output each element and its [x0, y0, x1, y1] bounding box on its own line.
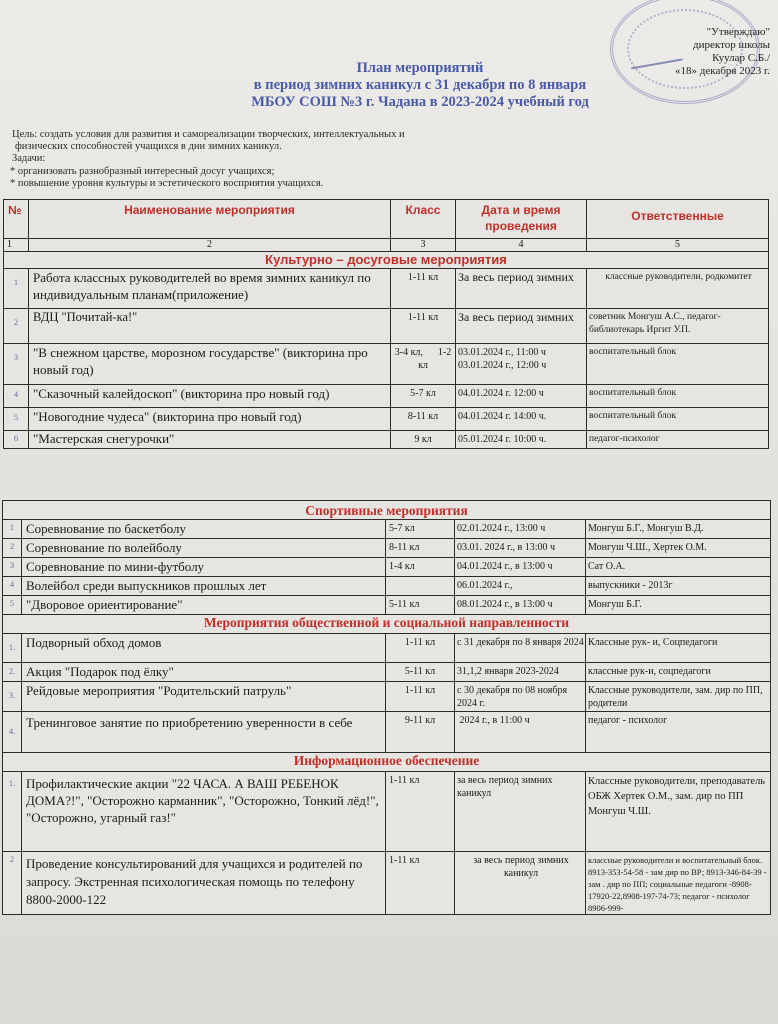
header-class: Класс	[391, 200, 456, 239]
event-name: Соревнование по баскетболу	[22, 520, 386, 539]
row-number: 3	[4, 344, 29, 385]
column-number: 5	[587, 239, 769, 252]
document-title: План мероприятий в период зимних каникул…	[200, 60, 640, 111]
event-responsible: классные рук-и, соцпедагоги	[586, 663, 771, 682]
event-name: "Дворовое ориентирование"	[22, 596, 386, 615]
events-table-part2: Спортивные мероприятия 1 Соревнование по…	[2, 500, 771, 915]
column-number-row: 1 2 3 4 5	[4, 239, 769, 252]
event-responsible: Монгуш Б.Г., Монгуш В.Д.	[586, 520, 771, 539]
event-date: за весь период зимних каникул	[455, 772, 586, 852]
event-class: 8-11 кл	[391, 408, 456, 431]
event-date: 03.01. 2024 г., в 13:00 ч	[455, 539, 586, 558]
tasks-label: Задачи:	[12, 153, 452, 165]
section-header-information: Информационное обеспечение	[3, 753, 771, 772]
event-responsible: воспитательный блок	[587, 344, 769, 385]
event-date: За весь период зимних	[456, 309, 587, 344]
event-class: 1-11 кл	[386, 634, 455, 663]
row-number: 4	[4, 385, 29, 408]
header-name: Наименование мероприятия	[29, 200, 391, 239]
table-row: 1. Подворный обход домов 1-11 кл с 31 де…	[3, 634, 771, 663]
section-title: Мероприятия общественной и социальной на…	[3, 615, 771, 634]
row-number: 1	[4, 269, 29, 309]
section-title: Культурно – досуговые мероприятия	[4, 252, 769, 269]
row-number: 3	[3, 558, 22, 577]
column-number: 2	[29, 239, 391, 252]
event-responsible: педагог-психолог	[587, 431, 769, 449]
table-row: 3 "В снежном царстве, морозном государст…	[4, 344, 769, 385]
event-name: "В снежном царстве, морозном государстве…	[29, 344, 391, 385]
table-row: 6 "Мастерская снегурочки" 9 кл 05.01.202…	[4, 431, 769, 449]
row-number: 1.	[3, 772, 22, 852]
event-class: 5-11 кл	[386, 596, 455, 615]
event-date: с 31 декабря по 8 января 2024	[455, 634, 586, 663]
section-header-social: Мероприятия общественной и социальной на…	[3, 615, 771, 634]
event-name: Тренинговое занятие по приобретению увер…	[22, 712, 386, 753]
row-number: 2	[3, 539, 22, 558]
row-number: 4.	[3, 712, 22, 753]
table-header-row: № Наименование мероприятия Класс Дата и …	[4, 200, 769, 239]
event-responsible: педагог - психолог	[586, 712, 771, 753]
table-row: 1 Работа классных руководителей во время…	[4, 269, 769, 309]
column-number: 4	[456, 239, 587, 252]
row-number: 1	[3, 520, 22, 539]
event-class: 1-4 кл	[386, 558, 455, 577]
row-number: 2	[4, 309, 29, 344]
section-title: Спортивные мероприятия	[3, 501, 771, 520]
approval-line: "Утверждаю"	[675, 26, 770, 39]
section-header-sports: Спортивные мероприятия	[3, 501, 771, 520]
event-responsible: советник Монгуш А.С., педагог-библиотека…	[587, 309, 769, 344]
event-name: Волейбол среди выпускников прошлых лет	[22, 577, 386, 596]
event-class: 1-11 кл	[391, 309, 456, 344]
approval-line: Куулар С.Б./	[675, 52, 770, 65]
event-class: 3-4 кл, 1-2 кл	[391, 344, 456, 385]
table-row: 2 ВДЦ "Почитай-ка!" 1-11 кл За весь пери…	[4, 309, 769, 344]
row-number: 2	[3, 852, 22, 915]
event-responsible: Классные руководители, преподаватель ОБЖ…	[586, 772, 771, 852]
table-row: 2. Акция "Подарок под ёлку" 5-11 кл 31,1…	[3, 663, 771, 682]
table-row: 2 Соревнование по волейболу 8-11 кл 03.0…	[3, 539, 771, 558]
goal-text: физических способностей учащихся в дни з…	[12, 141, 452, 153]
event-class: 1-11 кл	[386, 682, 455, 712]
event-name: Рейдовые мероприятия "Родительский патру…	[22, 682, 386, 712]
row-number: 2.	[3, 663, 22, 682]
event-name: Проведение консультирований для учащихся…	[22, 852, 386, 915]
event-date: с 30 декабря по 08 ноября 2024 г.	[455, 682, 586, 712]
row-number: 4	[3, 577, 22, 596]
row-number: 6	[4, 431, 29, 449]
event-responsible: воспитательный блок	[587, 385, 769, 408]
row-number: 1.	[3, 634, 22, 663]
section-title: Информационное обеспечение	[3, 753, 771, 772]
event-name: Работа классных руководителей во время з…	[29, 269, 391, 309]
event-name: "Мастерская снегурочки"	[29, 431, 391, 449]
table-row: 4. Тренинговое занятие по приобретению у…	[3, 712, 771, 753]
event-name: Соревнование по волейболу	[22, 539, 386, 558]
table-row: 5 "Дворовое ориентирование" 5-11 кл 08.0…	[3, 596, 771, 615]
column-number: 3	[391, 239, 456, 252]
section-header-cultural: Культурно – досуговые мероприятия	[4, 252, 769, 269]
row-number: 5	[4, 408, 29, 431]
event-date: 2024 г., в 11:00 ч	[455, 712, 586, 753]
header-number: №	[4, 200, 29, 239]
table-row: 5 "Новогодние чудеса" (викторина про нов…	[4, 408, 769, 431]
table-row: 1. Профилактические акции "22 ЧАСА. А ВА…	[3, 772, 771, 852]
event-class	[386, 577, 455, 596]
event-class: 9 кл	[391, 431, 456, 449]
event-responsible: воспитательный блок	[587, 408, 769, 431]
table-row: 3 Соревнование по мини-футболу 1-4 кл 04…	[3, 558, 771, 577]
event-class: 1-11 кл	[386, 852, 455, 915]
table-row: 3. Рейдовые мероприятия "Родительский па…	[3, 682, 771, 712]
table-row: 1 Соревнование по баскетболу 5-7 кл 02.0…	[3, 520, 771, 539]
event-class: 5-7 кл	[386, 520, 455, 539]
event-date: 04.01.2024 г. 12:00 ч	[456, 385, 587, 408]
event-class: 9-11 кл	[386, 712, 455, 753]
event-date: за весь период зимних каникул	[455, 852, 586, 915]
event-date: 31,1,2 января 2023-2024	[455, 663, 586, 682]
event-responsible: Сат О.А.	[586, 558, 771, 577]
task-item: * повышение уровня культуры и эстетическ…	[10, 178, 452, 190]
approval-block: "Утверждаю" директор школы Куулар С.Б./ …	[675, 26, 770, 78]
event-class: 1-11 кл	[391, 269, 456, 309]
event-date: 06.01.2024 г.,	[455, 577, 586, 596]
event-date: 03.01.2024 г., 11:00 ч 03.01.2024 г., 12…	[456, 344, 587, 385]
event-responsible: Классные руководители, зам. дир по ПП, р…	[586, 682, 771, 712]
event-responsible: Классные рук- и, Соцпедагоги	[586, 634, 771, 663]
row-number: 5	[3, 596, 22, 615]
title-line: МБОУ СОШ №3 г. Чадана в 2023-2024 учебны…	[200, 94, 640, 111]
event-responsible: Монгуш Ч.Ш., Хертек О.М.	[586, 539, 771, 558]
event-name: Акция "Подарок под ёлку"	[22, 663, 386, 682]
event-date: 04.01.2024 г., в 13:00 ч	[455, 558, 586, 577]
event-date: 05.01.2024 г. 10:00 ч.	[456, 431, 587, 449]
row-number: 3.	[3, 682, 22, 712]
event-class: 5-11 кл	[386, 663, 455, 682]
event-name: Профилактические акции "22 ЧАСА. А ВАШ Р…	[22, 772, 386, 852]
document-page: "Утверждаю" директор школы Куулар С.Б./ …	[0, 0, 778, 1024]
column-number: 1	[4, 239, 29, 252]
table-row: 2 Проведение консультирований для учащих…	[3, 852, 771, 915]
event-name: ВДЦ "Почитай-ка!"	[29, 309, 391, 344]
title-line: в период зимних каникул с 31 декабря по …	[200, 77, 640, 94]
event-class: 5-7 кл	[391, 385, 456, 408]
goal-text: Цель: создать условия для развития и сам…	[12, 129, 452, 141]
task-item: * организовать разнобразный интересный д…	[10, 166, 452, 178]
header-date: Дата и время проведения	[456, 200, 587, 239]
event-date: 08.01.2024 г., в 13:00 ч	[455, 596, 586, 615]
event-name: Соревнование по мини-футболу	[22, 558, 386, 577]
event-responsible: выпускники - 2013г	[586, 577, 771, 596]
approval-line: директор школы	[675, 39, 770, 52]
event-name: "Новогодние чудеса" (викторина про новый…	[29, 408, 391, 431]
event-responsible: классные руководители, родкомитет	[587, 269, 769, 309]
event-date: 04.01.2024 г. 14:00 ч.	[456, 408, 587, 431]
approval-line: «18» декабря 2023 г.	[675, 65, 770, 78]
goal-and-tasks: Цель: создать условия для развития и сам…	[12, 129, 452, 190]
event-responsible: классные руководители и воспитательный б…	[586, 852, 771, 915]
event-name: "Сказочный калейдоскоп" (викторина про н…	[29, 385, 391, 408]
event-date: За весь период зимних	[456, 269, 587, 309]
event-class: 8-11 кл	[386, 539, 455, 558]
events-table-part1: № Наименование мероприятия Класс Дата и …	[3, 199, 769, 449]
event-responsible: Монгуш Б.Г.	[586, 596, 771, 615]
event-class: 1-11 кл	[386, 772, 455, 852]
event-name: Подворный обход домов	[22, 634, 386, 663]
header-responsible: Ответственные	[587, 200, 769, 239]
event-date: 02.01.2024 г., 13:00 ч	[455, 520, 586, 539]
title-line: План мероприятий	[200, 60, 640, 77]
table-row: 4 "Сказочный калейдоскоп" (викторина про…	[4, 385, 769, 408]
table-row: 4 Волейбол среди выпускников прошлых лет…	[3, 577, 771, 596]
